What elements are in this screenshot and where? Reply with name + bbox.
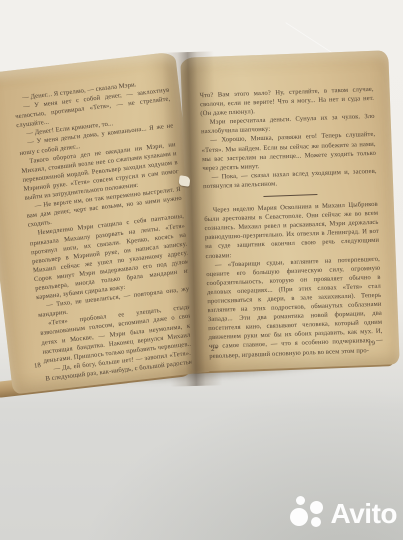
avito-logo-circle [296,496,305,505]
avito-watermark: Avito [290,496,397,532]
avito-logo-circle [311,517,321,527]
signature-mark: 2* [211,346,218,353]
page-number-left: 18 [34,362,42,370]
avito-logo-icon [290,496,324,532]
avito-logo-circle [290,508,308,526]
book-left-page: — Денег... Я стреляю, — сказала Мэри. — … [0,52,212,395]
avito-wordmark: Avito [331,500,397,528]
section-divider [263,194,317,197]
page-tear [178,175,190,186]
book-right-page: Что? Вам этого мало? Ну, стреляйте, в та… [180,50,399,371]
page-number-right: 19 [368,340,375,347]
avito-logo-circle [310,501,323,514]
page-text-paragraph: Через неделю Мария Осколнина и Михаил Цы… [204,200,380,261]
listing-photo: — Денег... Я стреляю, — сказала Мэри. — … [0,0,403,540]
